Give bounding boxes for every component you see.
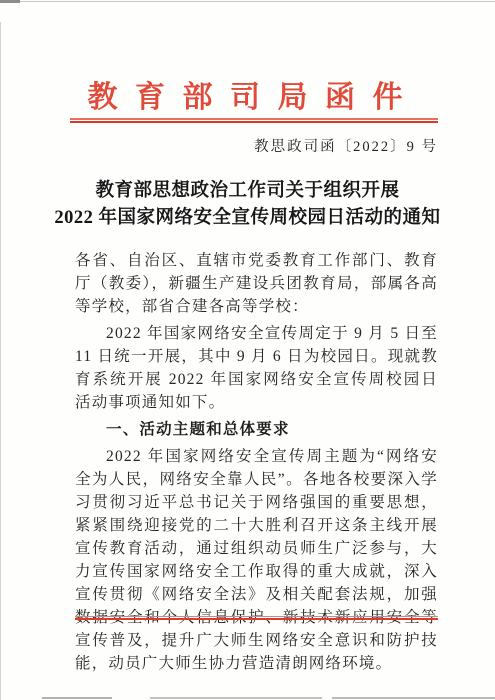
scan-edge-bottom (42, 697, 112, 699)
section1-paragraph: 2022 年国家网络安全宣传周主题为“网络安全为人民，网络安全靠人民”。各地各校… (75, 445, 438, 675)
intro-paragraph: 2022 年国家网络安全宣传周定于 9 月 5 日至 11 日统一开展，其中 9… (75, 322, 438, 414)
masthead-rule-thick-line (70, 121, 438, 123)
scan-edge-left (0, 22, 1, 700)
document-title-line2: 2022 年国家网络安全宣传周校园日活动的通知 (0, 205, 495, 232)
document-number: 教思政司函〔2022〕9 号 (75, 135, 438, 156)
document-body: 各省、自治区、直辖市党委教育工作部门、教育厅（教委），新疆生产建设兵团教育局，部… (75, 249, 438, 679)
document-page: 教 育 部 司 局 函 件 教思政司函〔2022〕9 号 教育部思想政治工作司关… (0, 0, 495, 700)
scan-edge-top-corner (0, 0, 20, 3)
footer-rule (75, 616, 438, 620)
letterhead-masthead: 教 育 部 司 局 函 件 (0, 72, 495, 116)
masthead-rule (70, 118, 438, 123)
salutation-paragraph: 各省、自治区、直辖市党委教育工作部门、教育厅（教委），新疆生产建设兵团教育局，部… (75, 249, 438, 318)
document-title: 教育部思想政治工作司关于组织开展 2022 年国家网络安全宣传周校园日活动的通知 (0, 178, 495, 232)
scan-edge-top (0, 1, 495, 2)
document-title-line1: 教育部思想政治工作司关于组织开展 (0, 178, 495, 205)
scan-edge-bottom (150, 697, 322, 699)
scan-edge-bottom (332, 697, 495, 699)
section1-heading: 一、活动主题和总体要求 (75, 418, 438, 441)
footer-rule-thick-line (75, 618, 438, 620)
